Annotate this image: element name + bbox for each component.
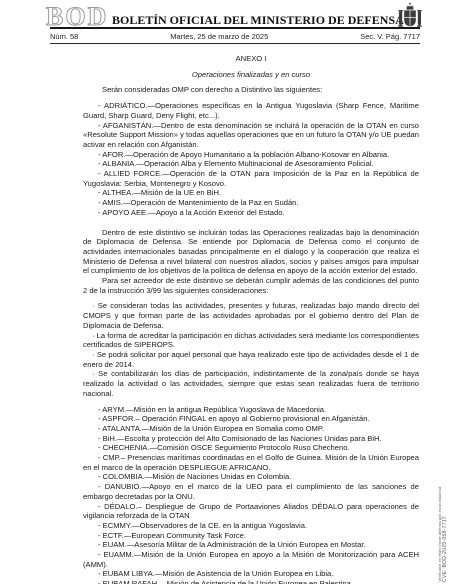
operation-item: - EUAM.—Asesoría Militar de la Administr… [83,540,419,550]
operation-item: - AFOR.—Operación de Apoyo Humanitario a… [83,150,419,160]
intro-paragraph: Serán consideradas OMP con derecho a Dis… [83,85,419,95]
bod-document-page: BOD BOLETÍN OFICIAL DEL MINISTERIO DE DE… [0,0,452,584]
spain-coat-of-arms-icon [398,2,422,30]
header-rule-thick [50,27,420,29]
operation-item: - DÉDALO.– Despliegue de Grupo de Portaa… [83,502,419,521]
header-rule-thin [50,43,420,44]
operation-item: - EUBAM LIBYA.—Misión de Asistencia de l… [83,569,419,579]
consideration-item: · Se contabilizarán los días de particip… [83,369,419,398]
issue-number: Núm. 58 [50,32,78,41]
operation-item: - ALTHEA.—Misión de la UE en BiH. [83,188,419,198]
operation-item: - CHECHENIA.—Comisión OSCE Seguimiento P… [83,443,419,453]
issue-date: Martes, 25 de marzo de 2025 [170,32,268,41]
operation-item: - ATALANTA.—Misión de la Unión Europea e… [83,424,419,434]
operation-item: - ARYM.—Misión en la antigua República Y… [83,405,419,415]
operation-item: - ADRIÁTICO.—Operaciones específicas en … [83,101,419,120]
cve-sidebar: Verificable en https://sede.defensa.gob.… [438,487,448,582]
operation-item: - DANUBIO.—Apoyo en el marco de la UEO p… [83,482,419,501]
operation-item: - EUBAM RAFAH.—Misión de Asistencia de l… [83,579,419,584]
operation-item: - EUAMM.—Misión de la Unión Europea en a… [83,550,419,569]
bulletin-title: BOLETÍN OFICIAL DEL MINISTERIO DE DEFENS… [112,13,388,28]
operation-item: - ALLIED FORCE.—Operación de la OTAN par… [83,169,419,188]
header-meta-row: Núm. 58 Martes, 25 de marzo de 2025 Sec.… [50,32,420,41]
consideration-item: · Se podrá solicitar por aquel personal … [83,350,419,369]
operation-item: - COLOMBIA.—Misión de Naciones Unidas en… [83,472,419,482]
operation-item: - AFGANISTÁN.—Dentro de esta denominació… [83,121,419,150]
considerations-list: · Se consideran todas las actividades, p… [83,301,419,398]
consideration-item: · Se consideran todas las actividades, p… [83,301,419,330]
operation-item: - CMP.– Presencias marítimas coordinadas… [83,453,419,472]
cve-code: CVE: BOD-2025-058-7717 [442,516,448,582]
document-body: ANEXO I Operaciones finalizadas y en cur… [83,50,419,584]
operation-item: - BiH.—Escolta y protección del Alto Com… [83,434,419,444]
consideration-item: · La forma de acreditar la participación… [83,331,419,350]
operation-item: - AMIS.—Operación de Mantenimiento de la… [83,198,419,208]
annex-subtitle: Operaciones finalizadas y en curso [83,70,419,80]
conditions-paragraph: Para ser acreedor de este distintivo se … [83,276,419,295]
operations-list-missions: - ARYM.—Misión en la antigua República Y… [83,405,419,584]
operations-list-finished: - ADRIÁTICO.—Operaciones específicas en … [83,101,419,217]
diplomacy-paragraph: Dentro de este distintivo se incluirán t… [83,228,419,277]
section-page: Sec. V. Pág. 7717 [360,32,420,41]
annex-title: ANEXO I [83,54,419,64]
operation-item: - ALBANIA.—Operación Alba y Elemento Mul… [83,159,419,169]
operation-item: - ECMMY.—Observadores de la CE. en la an… [83,521,419,531]
operation-item: - ECTF.—European Community Task Force. [83,531,419,541]
operation-item: - APOYO AEE.—Apoyo a la Acción Exterior … [83,208,419,218]
operation-item: - ASPFOR.– Operación FINGAL en apoyo al … [83,414,419,424]
